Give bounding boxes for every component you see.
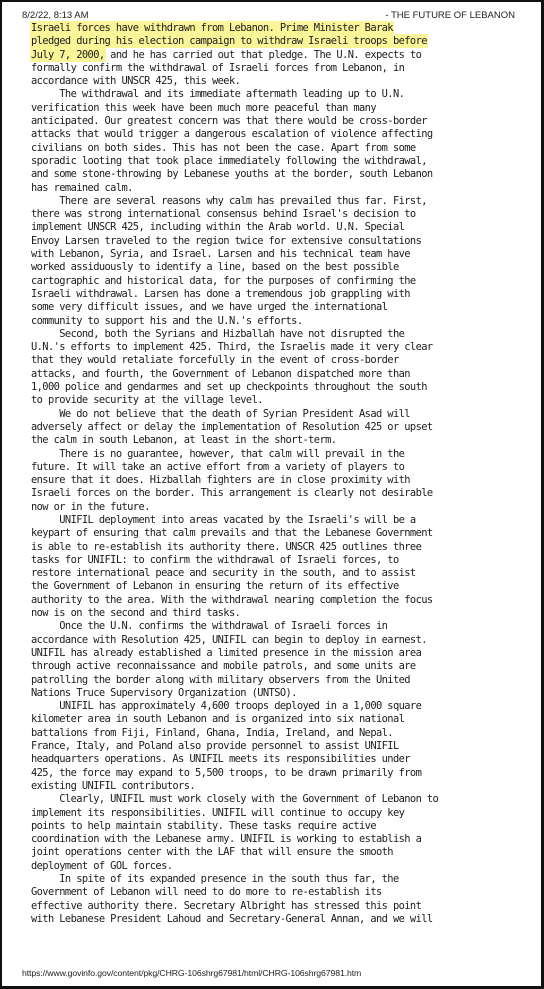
- line-text: Clearly, UNIFIL must work closely with t…: [31, 793, 438, 805]
- highlighted-text: July 7, 2000,: [31, 49, 105, 61]
- text-line: worked assiduously to identify a line, b…: [31, 261, 511, 274]
- text-line: 1,000 police and gendarmes and set up ch…: [31, 381, 511, 394]
- line-text: Israeli withdrawal. Larsen has done a tr…: [31, 288, 410, 300]
- line-text: and he has carried out that pledge. The …: [105, 49, 422, 61]
- text-line: Israeli withdrawal. Larsen has done a tr…: [31, 288, 511, 301]
- text-line: to provide security at the village level…: [31, 394, 511, 407]
- text-line: with Lebanese President Lahoud and Secre…: [31, 913, 511, 926]
- line-text: now or in the future.: [31, 501, 150, 513]
- text-line: In spite of its expanded presence in the…: [31, 873, 511, 886]
- line-text: Envoy Larsen traveled to the region twic…: [31, 235, 421, 247]
- highlighted-text: pledged during his election campaign to …: [31, 35, 427, 47]
- line-text: anticipated. Our greatest concern was th…: [31, 115, 427, 127]
- line-text: and some stone-throwing by Lebanese yout…: [31, 168, 433, 180]
- text-line: There are several reasons why calm has p…: [31, 195, 511, 208]
- text-line: ensure that it does. Hizballah fighters …: [31, 474, 511, 487]
- line-text: Government of Lebanon will need to do mo…: [31, 886, 382, 898]
- line-text: with Lebanon, Syria, and Israel. Larsen …: [31, 248, 410, 260]
- line-text: with Lebanese President Lahoud and Secre…: [31, 913, 433, 925]
- text-line: pledged during his election campaign to …: [31, 35, 511, 48]
- document-page: 8/2/22, 8:13 AM - THE FUTURE OF LEBANON …: [0, 0, 544, 989]
- text-line: verification this week have been much mo…: [31, 102, 511, 115]
- text-line: sporadic looting that took place immedia…: [31, 155, 511, 168]
- text-line: implement UNSCR 425, including within th…: [31, 221, 511, 234]
- text-line: UNIFIL deployment into areas vacated by …: [31, 514, 511, 527]
- line-text: headquarters operations. As UNIFIL meets…: [31, 753, 410, 765]
- text-line: authority to the area. With the withdraw…: [31, 594, 511, 607]
- line-text: the Government of Lebanon in ensuring th…: [31, 580, 399, 592]
- line-text: some very difficult issues, and we have …: [31, 301, 387, 313]
- line-text: civilians on both sides. This has not be…: [31, 142, 416, 154]
- text-line: that they would retaliate forcefully in …: [31, 354, 511, 367]
- line-text: Once the U.N. confirms the withdrawal of…: [31, 620, 387, 632]
- line-text: implement UNSCR 425, including within th…: [31, 221, 404, 233]
- line-text: is able to re-establish its authority th…: [31, 541, 421, 553]
- text-line: is able to re-establish its authority th…: [31, 541, 511, 554]
- line-text: future. It will take an active effort fr…: [31, 461, 404, 473]
- line-text: accordance with Resolution 425, UNIFIL c…: [31, 634, 427, 646]
- line-text: effective authority there. Secretary Alb…: [31, 900, 421, 912]
- text-line: Israeli forces on the border. This arran…: [31, 487, 511, 500]
- text-line: attacks that would trigger a dangerous e…: [31, 128, 511, 141]
- line-text: keypart of ensuring that calm prevails a…: [31, 527, 433, 539]
- text-line: July 7, 2000, and he has carried out tha…: [31, 49, 511, 62]
- text-line: UNIFIL has already established a limited…: [31, 647, 511, 660]
- line-text: There are several reasons why calm has p…: [31, 195, 427, 207]
- text-line: some very difficult issues, and we have …: [31, 301, 511, 314]
- line-text: through active reconnaissance and mobile…: [31, 660, 416, 672]
- text-line: There is no guarantee, however, that cal…: [31, 448, 511, 461]
- line-text: coordination with the Lebanese army. UNI…: [31, 833, 421, 845]
- line-text: Israeli forces on the border. This arran…: [31, 487, 433, 499]
- text-line: accordance with UNSCR 425, this week.: [31, 75, 511, 88]
- line-text: has remained calm.: [31, 182, 133, 194]
- text-line: formally confirm the withdrawal of Israe…: [31, 62, 511, 75]
- text-line: U.N.'s efforts to implement 425. Third, …: [31, 341, 511, 354]
- line-text: now is on the second and third tasks.: [31, 607, 240, 619]
- text-line: deployment of GOL forces.: [31, 860, 511, 873]
- line-text: formally confirm the withdrawal of Israe…: [31, 62, 404, 74]
- line-text: that they would retaliate forcefully in …: [31, 354, 399, 366]
- line-text: to provide security at the village level…: [31, 394, 263, 406]
- line-text: deployment of GOL forces.: [31, 860, 172, 872]
- line-text: authority to the area. With the withdraw…: [31, 594, 433, 606]
- text-line: existing UNIFIL contributors.: [31, 780, 511, 793]
- line-text: community to support his and the U.N.'s …: [31, 315, 302, 327]
- text-line: joint operations center with the LAF tha…: [31, 846, 511, 859]
- line-text: The withdrawal and its immediate afterma…: [31, 88, 404, 100]
- text-line: has remained calm.: [31, 182, 511, 195]
- line-text: accordance with UNSCR 425, this week.: [31, 75, 240, 87]
- text-line: We do not believe that the death of Syri…: [31, 408, 511, 421]
- line-text: the calm in south Lebanon, at least in t…: [31, 434, 336, 446]
- text-line: and some stone-throwing by Lebanese yout…: [31, 168, 511, 181]
- text-line: civilians on both sides. This has not be…: [31, 142, 511, 155]
- line-text: there was strong international consensus…: [31, 208, 416, 220]
- line-text: Second, both the Syrians and Hizballah h…: [31, 328, 404, 340]
- text-line: battalions from Fiji, Finland, Ghana, In…: [31, 727, 511, 740]
- print-header: 8/2/22, 8:13 AM - THE FUTURE OF LEBANON: [22, 10, 515, 21]
- line-text: attacks, and fourth, the Government of L…: [31, 368, 410, 380]
- text-line: the Government of Lebanon in ensuring th…: [31, 580, 511, 593]
- text-line: The withdrawal and its immediate afterma…: [31, 88, 511, 101]
- line-text: U.N.'s efforts to implement 425. Third, …: [31, 341, 433, 353]
- source-url[interactable]: https://www.govinfo.gov/content/pkg/CHRG…: [22, 968, 361, 978]
- text-line: coordination with the Lebanese army. UNI…: [31, 833, 511, 846]
- line-text: implement its responsibilities. UNIFIL w…: [31, 807, 404, 819]
- line-text: 1,000 police and gendarmes and set up ch…: [31, 381, 427, 393]
- line-text: UNIFIL deployment into areas vacated by …: [31, 514, 416, 526]
- line-text: We do not believe that the death of Syri…: [31, 408, 410, 420]
- line-text: battalions from Fiji, Finland, Ghana, In…: [31, 727, 393, 739]
- text-line: tasks for UNIFIL: to confirm the withdra…: [31, 554, 511, 567]
- text-line: restore international peace and security…: [31, 567, 511, 580]
- line-text: ensure that it does. Hizballah fighters …: [31, 474, 410, 486]
- text-line: accordance with Resolution 425, UNIFIL c…: [31, 634, 511, 647]
- text-line: 425, the force may expand to 5,500 troop…: [31, 767, 511, 780]
- text-line: implement its responsibilities. UNIFIL w…: [31, 807, 511, 820]
- text-line: community to support his and the U.N.'s …: [31, 315, 511, 328]
- line-text: UNIFIL has already established a limited…: [31, 647, 421, 659]
- text-line: France, Italy, and Poland also provide p…: [31, 740, 511, 753]
- line-text: sporadic looting that took place immedia…: [31, 155, 427, 167]
- text-line: now is on the second and third tasks.: [31, 607, 511, 620]
- text-line: Clearly, UNIFIL must work closely with t…: [31, 793, 511, 806]
- line-text: kilometer area in south Lebanon and is o…: [31, 713, 404, 725]
- text-line: the calm in south Lebanon, at least in t…: [31, 434, 511, 447]
- line-text: In spite of its expanded presence in the…: [31, 873, 399, 885]
- line-text: worked assiduously to identify a line, b…: [31, 261, 399, 273]
- line-text: restore international peace and security…: [31, 567, 416, 579]
- text-line: Envoy Larsen traveled to the region twic…: [31, 235, 511, 248]
- text-line: Nations Truce Supervisory Organization (…: [31, 687, 511, 700]
- line-text: patrolling the border along with militar…: [31, 674, 410, 686]
- document-body: Israeli forces have withdrawn from Leban…: [31, 22, 511, 926]
- text-line: points to help maintain stability. These…: [31, 820, 511, 833]
- line-text: UNIFIL has approximately 4,600 troops de…: [31, 700, 421, 712]
- line-text: Nations Truce Supervisory Organization (…: [31, 687, 297, 699]
- text-line: effective authority there. Secretary Alb…: [31, 900, 511, 913]
- line-text: cartographic and historical data, for th…: [31, 275, 416, 287]
- text-line: Israeli forces have withdrawn from Leban…: [31, 22, 511, 35]
- text-line: anticipated. Our greatest concern was th…: [31, 115, 511, 128]
- text-line: headquarters operations. As UNIFIL meets…: [31, 753, 511, 766]
- text-line: adversely affect or delay the implementa…: [31, 421, 511, 434]
- text-line: patrolling the border along with militar…: [31, 674, 511, 687]
- print-timestamp: 8/2/22, 8:13 AM: [22, 10, 89, 21]
- text-line: kilometer area in south Lebanon and is o…: [31, 713, 511, 726]
- text-line: cartographic and historical data, for th…: [31, 275, 511, 288]
- line-text: 425, the force may expand to 5,500 troop…: [31, 767, 421, 779]
- line-text: existing UNIFIL contributors.: [31, 780, 195, 792]
- text-line: Once the U.N. confirms the withdrawal of…: [31, 620, 511, 633]
- line-text: tasks for UNIFIL: to confirm the withdra…: [31, 554, 399, 566]
- text-line: now or in the future.: [31, 501, 511, 514]
- line-text: verification this week have been much mo…: [31, 102, 376, 114]
- text-line: through active reconnaissance and mobile…: [31, 660, 511, 673]
- line-text: joint operations center with the LAF tha…: [31, 846, 393, 858]
- document-title: - THE FUTURE OF LEBANON: [385, 10, 515, 21]
- highlighted-text: Israeli forces have withdrawn from Leban…: [31, 22, 393, 34]
- line-text: France, Italy, and Poland also provide p…: [31, 740, 399, 752]
- text-line: keypart of ensuring that calm prevails a…: [31, 527, 511, 540]
- text-line: Government of Lebanon will need to do mo…: [31, 886, 511, 899]
- line-text: There is no guarantee, however, that cal…: [31, 448, 404, 460]
- text-line: future. It will take an active effort fr…: [31, 461, 511, 474]
- line-text: adversely affect or delay the implementa…: [31, 421, 433, 433]
- line-text: points to help maintain stability. These…: [31, 820, 376, 832]
- line-text: attacks that would trigger a dangerous e…: [31, 128, 433, 140]
- text-line: there was strong international consensus…: [31, 208, 511, 221]
- text-line: UNIFIL has approximately 4,600 troops de…: [31, 700, 511, 713]
- text-line: attacks, and fourth, the Government of L…: [31, 368, 511, 381]
- text-line: Second, both the Syrians and Hizballah h…: [31, 328, 511, 341]
- text-line: with Lebanon, Syria, and Israel. Larsen …: [31, 248, 511, 261]
